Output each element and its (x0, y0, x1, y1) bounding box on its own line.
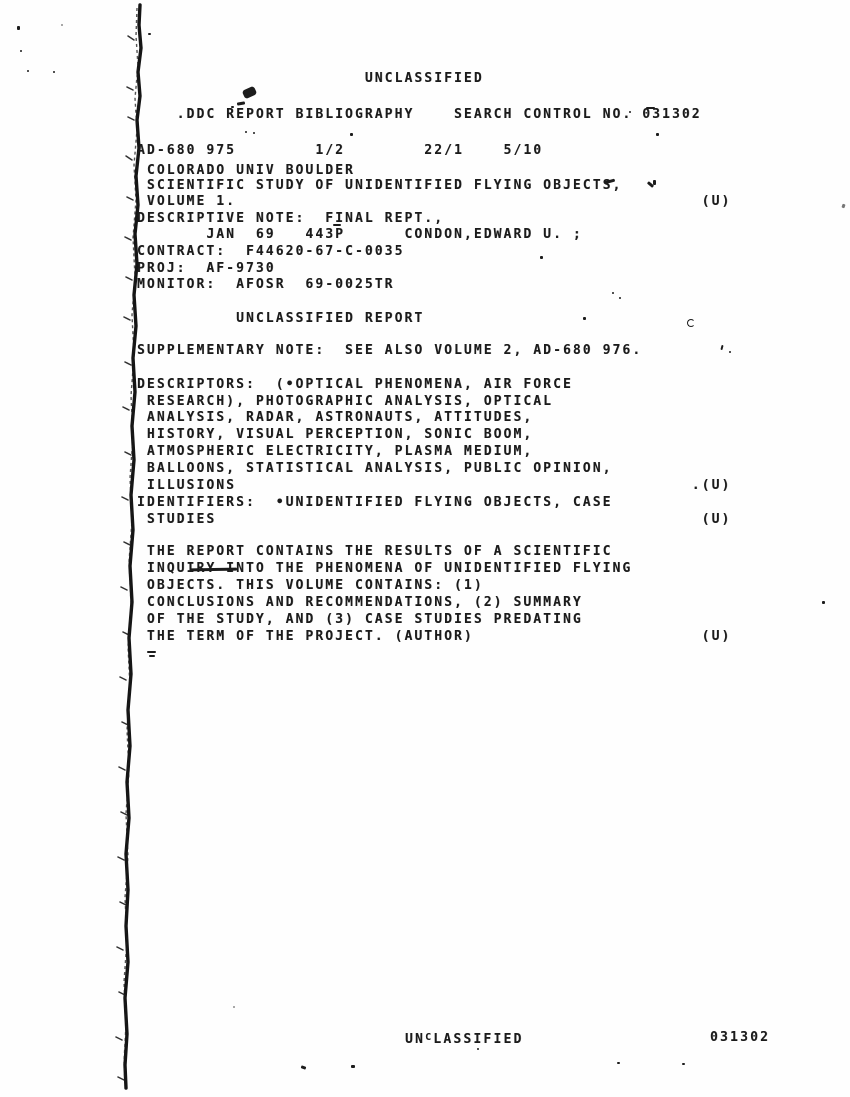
line-abstract-1: THE REPORT CONTAINS THE RESULTS OF A SCI… (137, 545, 613, 558)
stray-tick (720, 345, 723, 350)
ink-speck (27, 70, 29, 72)
footer-classification-rest: LASSIFIED (433, 1032, 523, 1047)
line-descriptors-5: ATMOSPHERIC ELECTRICITY, PLASMA MEDIUM, (137, 445, 533, 458)
footer-classification-raised-c: C (425, 1032, 433, 1043)
ink-speck (656, 133, 659, 136)
ink-speck (245, 131, 247, 133)
footer-classification: UNCLASSIFIED (405, 1033, 524, 1047)
ink-speck (583, 317, 586, 320)
line-abstract-4: CONCLUSIONS AND RECOMMENDATIONS, (2) SUM… (137, 596, 583, 609)
ink-speck (629, 111, 631, 113)
line-descriptors-2: RESEARCH), PHOTOGRAPHIC ANALYSIS, OPTICA… (137, 395, 553, 408)
ink-speck (53, 71, 55, 73)
ink-smudge (147, 651, 156, 653)
ink-speck (619, 297, 621, 299)
footer-classification-un: UN (405, 1032, 425, 1047)
ink-speck (477, 1048, 479, 1050)
ink-speck (148, 33, 151, 35)
ink-speck (540, 256, 543, 259)
line-descriptors-7: ILLUSIONS .(U) (137, 479, 731, 492)
line-accession-number: AD-680 975 1/2 22/1 5/10 (137, 144, 543, 157)
line-contract: CONTRACT: F44620-67-C-0035 (137, 245, 404, 258)
ink-speck (841, 204, 845, 209)
stray-underscore (333, 224, 341, 226)
ink-speck (233, 1006, 235, 1008)
stray-c-mark (687, 319, 695, 327)
ink-speck (231, 106, 234, 108)
line-descriptors-3: ANALYSIS, RADAR, ASTRONAUTS, ATTITUDES, (137, 411, 533, 424)
ink-speck (822, 601, 825, 604)
line-report-classification: UNCLASSIFIED REPORT (137, 312, 424, 325)
line-identifiers-1: IDENTIFIERS: •UNIDENTIFIED FLYING OBJECT… (137, 496, 613, 509)
scan-edge-artifact (0, 0, 160, 1097)
line-supplementary-note: SUPPLEMENTARY NOTE: SEE ALSO VOLUME 2, A… (137, 344, 642, 357)
ink-speck (20, 50, 22, 52)
line-identifiers-2: STUDIES (U) (137, 513, 731, 526)
line-abstract-5: OF THE STUDY, AND (3) CASE STUDIES PREDA… (137, 613, 583, 626)
ink-speck (61, 24, 63, 26)
line-descriptive-note: DESCRIPTIVE NOTE: FINAL REPT., (137, 212, 444, 225)
line-report-title: SCIENTIFIC STUDY OF UNIDENTIFIED FLYING … (137, 179, 622, 192)
line-descriptors-1: DESCRIPTORS: (•OPTICAL PHENOMENA, AIR FO… (137, 378, 573, 391)
ink-speck (682, 1063, 685, 1065)
line-date-pages-author: JAN 69 443P CONDON,EDWARD U. ; (137, 228, 583, 241)
line-abstract-3: OBJECTS. THIS VOLUME CONTAINS: (1) (137, 579, 484, 592)
ink-speck (729, 351, 731, 353)
line-bibliography-header: .DDC REPORT BIBLIOGRAPHY SEARCH CONTROL … (137, 108, 702, 121)
line-project: PROJ: AF-9730 (137, 262, 276, 275)
ink-speck (301, 1065, 307, 1070)
ink-speck (253, 132, 255, 134)
ink-speck (612, 292, 614, 294)
ink-speck (653, 180, 656, 185)
ink-speck (617, 1062, 620, 1064)
ink-speck (350, 133, 353, 136)
ink-speck (17, 26, 20, 30)
line-header-classification: UNCLASSIFIED (137, 72, 484, 85)
footer-search-control-number: 031302 (710, 1031, 770, 1044)
ink-speck (351, 1065, 355, 1068)
line-descriptors-4: HISTORY, VISUAL PERCEPTION, SONIC BOOM, (137, 428, 533, 441)
stray-overbar (646, 107, 655, 109)
line-corporate-author: COLORADO UNIV BOULDER (137, 164, 355, 177)
line-abstract-6: THE TERM OF THE PROJECT. (AUTHOR) (U) (137, 630, 731, 643)
line-volume: VOLUME 1. (U) (137, 195, 731, 208)
line-descriptors-6: BALLOONS, STATISTICAL ANALYSIS, PUBLIC O… (137, 462, 613, 475)
scanned-document-page: UNCLASSIFIED .DDC REPORT BIBLIOGRAPHY SE… (0, 0, 850, 1097)
ink-speck (237, 101, 245, 105)
ink-blot (242, 86, 258, 100)
ink-smudge (149, 655, 155, 657)
line-monitor: MONITOR: AFOSR 69-0025TR (137, 278, 395, 291)
